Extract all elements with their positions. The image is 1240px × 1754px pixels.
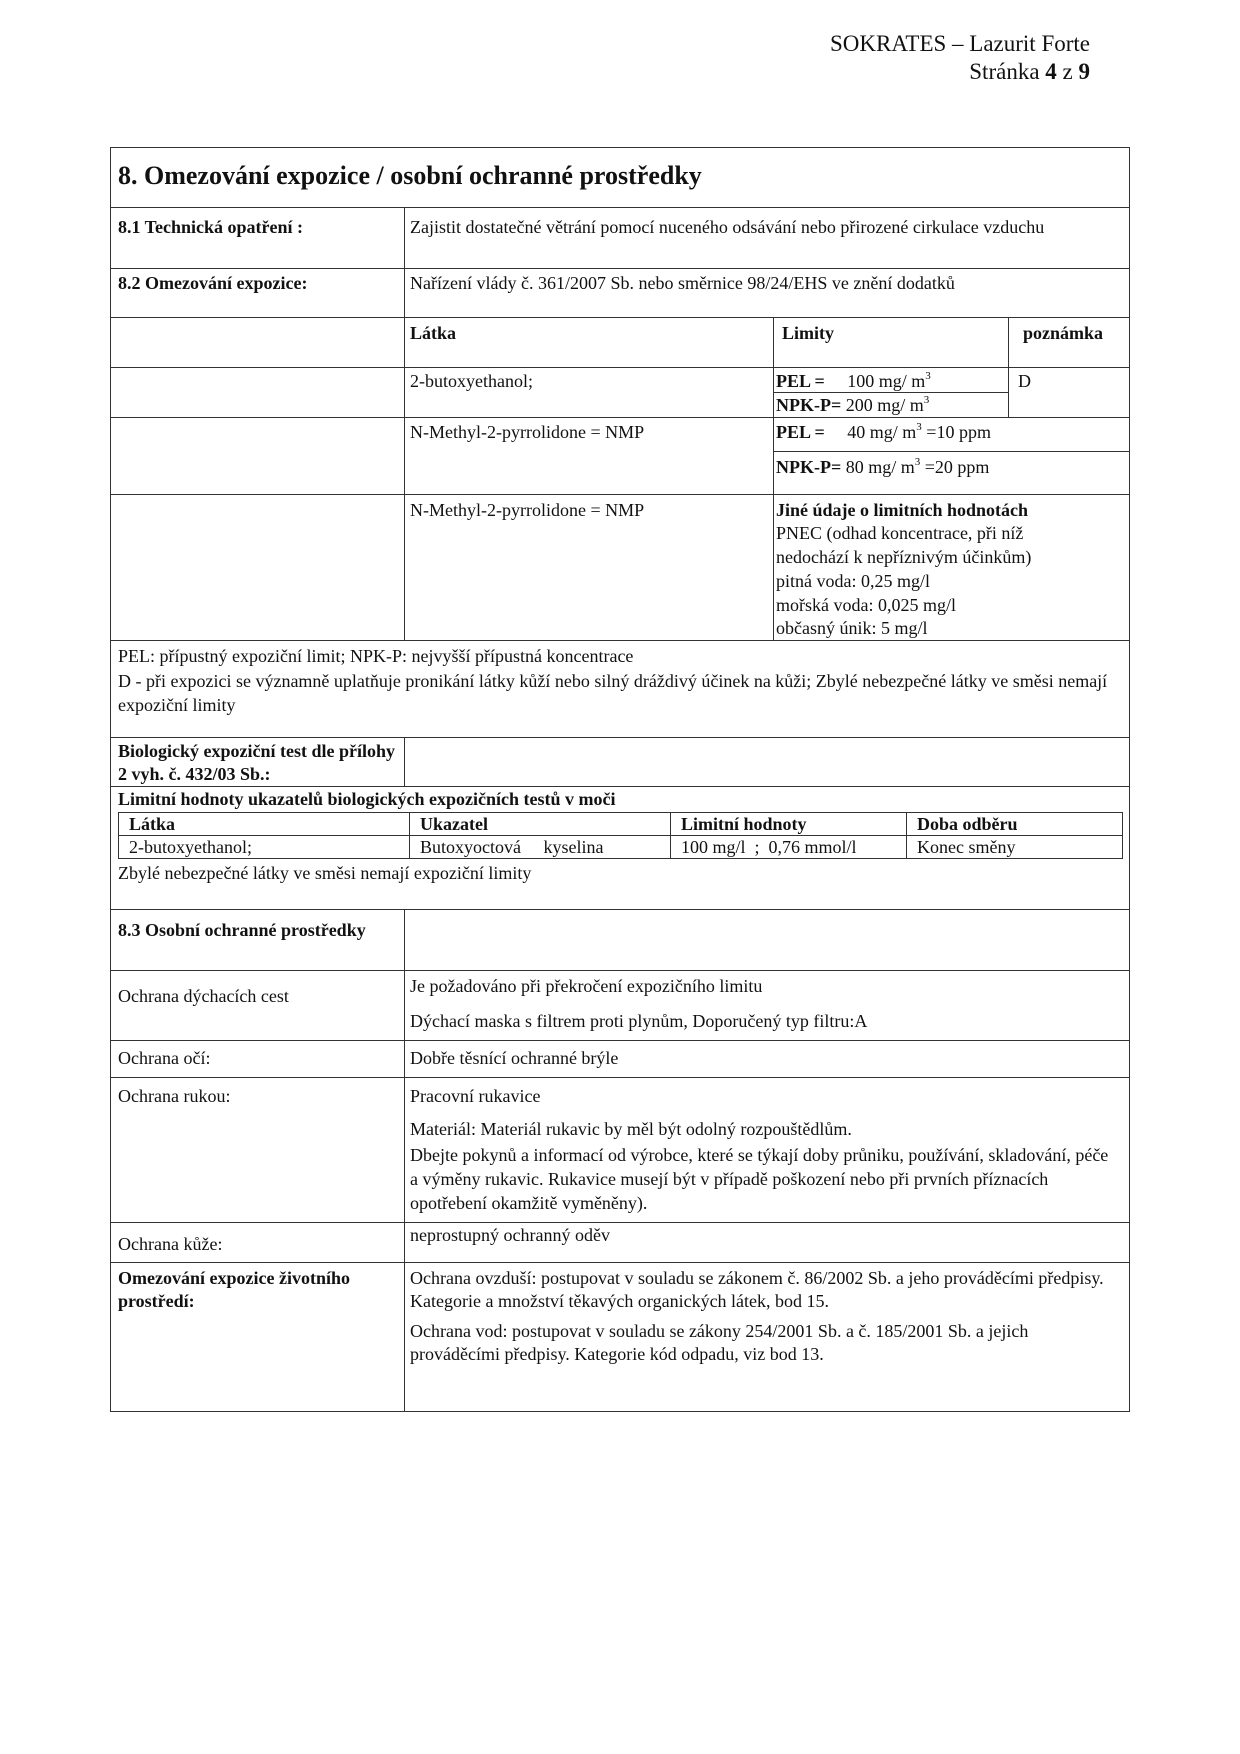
column-divider — [404, 909, 405, 1411]
product-name: SOKRATES – Lazurit Forte — [830, 30, 1090, 58]
row-divider — [110, 417, 1130, 418]
limit-row-3-line-5: občasný únik: 5 mg/l — [776, 617, 928, 640]
row-divider — [110, 786, 1130, 787]
bio-cell: 2-butoxyethanol; — [119, 836, 410, 859]
row-divider — [110, 737, 1130, 738]
document-header: SOKRATES – Lazurit Forte Stránka 4 z 9 — [830, 30, 1090, 86]
bio-header-cell: Limitní hodnoty — [671, 813, 907, 836]
row-divider — [110, 1262, 1130, 1263]
env-air-protection: Ochrana ovzduší: postupovat v souladu se… — [410, 1267, 1120, 1313]
ppe-respiratory-label: Ochrana dýchacích cest — [118, 985, 289, 1008]
s81-value: Zajistit dostatečné větrání pomocí nucen… — [410, 216, 1110, 239]
s82-label: 8.2 Omezování expozice: — [118, 272, 307, 295]
bio-table: Látka Ukazatel Limitní hodnoty Doba odbě… — [118, 812, 1123, 859]
bio-label: Biologický expoziční test dle přílohy 2 … — [118, 740, 398, 786]
limit-row-1-pel: PEL = 100 mg/ m3 — [776, 370, 931, 393]
limit-row-1-note: D — [1018, 370, 1031, 393]
limit-row-1-substance: 2-butoxyethanol; — [410, 370, 533, 393]
row-divider — [110, 640, 1130, 641]
env-water-protection: Ochrana vod: postupovat v souladu se zák… — [410, 1320, 1120, 1366]
limits-header-limits: Limity — [782, 322, 834, 345]
row-divider — [110, 207, 1130, 208]
ppe-skin-label: Ochrana kůže: — [118, 1233, 222, 1256]
row-divider — [110, 1040, 1130, 1041]
column-divider — [1008, 317, 1009, 417]
bio-header-cell: Látka — [119, 813, 410, 836]
ppe-hands-line-2: Materiál: Materiál rukavic by měl být od… — [410, 1118, 852, 1141]
table-border-bottom — [110, 1411, 1130, 1412]
limits-header-note: poznámka — [1023, 322, 1103, 345]
ppe-hands-line-3: Dbejte pokynů a informací od výrobce, kt… — [410, 1143, 1110, 1215]
bio-header-cell: Doba odběru — [907, 813, 1123, 836]
bio-cell: Butoxyoctová kyselina — [410, 836, 671, 859]
column-divider — [404, 737, 405, 786]
table-row: 2-butoxyethanol; Butoxyoctová kyselina 1… — [119, 836, 1123, 859]
ppe-respiratory-line-1: Je požadováno při překročení expozičního… — [410, 975, 762, 998]
bio-table-title: Limitní hodnoty ukazatelů biologických e… — [118, 788, 616, 811]
row-divider — [110, 909, 1130, 910]
column-divider — [404, 207, 405, 640]
limit-row-2-npk: NPK-P= 80 mg/ m3 =20 ppm — [776, 456, 989, 479]
table-border-top — [110, 147, 1130, 148]
row-divider — [110, 317, 1130, 318]
ppe-hands-label: Ochrana rukou: — [118, 1085, 230, 1108]
s81-label: 8.1 Technická opatření : — [118, 216, 303, 239]
ppe-eyes-label: Ochrana očí: — [118, 1047, 210, 1070]
section-title: 8. Omezování expozice / osobní ochranné … — [118, 164, 702, 187]
limits-header-substance: Látka — [410, 322, 456, 345]
bio-header-cell: Ukazatel — [410, 813, 671, 836]
limit-row-1-npk: NPK-P= 200 mg/ m3 — [776, 394, 929, 417]
ppe-hands-line-1: Pracovní rukavice — [410, 1085, 540, 1108]
s83-label: 8.3 Osobní ochranné prostředky — [118, 918, 388, 943]
limit-row-3-line-2: nedochází k nepříznivým účinkům) — [776, 546, 1031, 569]
row-divider — [773, 451, 1130, 452]
bio-cell: Konec směny — [907, 836, 1123, 859]
bio-table-header: Látka Ukazatel Limitní hodnoty Doba odbě… — [119, 813, 1123, 836]
s82-value: Nařízení vlády č. 361/2007 Sb. nebo směr… — [410, 272, 955, 295]
limit-row-2-pel: PEL = 40 mg/ m3 =10 ppm — [776, 421, 991, 444]
row-divider — [110, 494, 1130, 495]
row-divider — [110, 1222, 1130, 1223]
note-d: D - při expozici se významně uplatňuje p… — [118, 669, 1118, 717]
column-divider — [773, 317, 774, 640]
limit-row-3-other-title: Jiné údaje o limitních hodnotách — [776, 499, 1028, 522]
limit-row-3-line-3: pitná voda: 0,25 mg/l — [776, 570, 930, 593]
ppe-respiratory-line-2: Dýchací maska s filtrem proti plynům, Do… — [410, 1010, 867, 1033]
limit-row-2-substance: N-Methyl-2-pyrrolidone = NMP — [410, 421, 644, 444]
note-pel-npk: PEL: přípustný expoziční limit; NPK-P: n… — [118, 645, 633, 668]
limit-row-3-line-4: mořská voda: 0,025 mg/l — [776, 594, 956, 617]
row-divider — [110, 268, 1130, 269]
limit-row-3-substance: N-Methyl-2-pyrrolidone = NMP — [410, 499, 644, 522]
limit-row-3-line-1: PNEC (odhad koncentrace, při níž — [776, 522, 1023, 545]
page-number: Stránka 4 z 9 — [830, 58, 1090, 86]
bio-cell: 100 mg/l ; 0,76 mmol/l — [671, 836, 907, 859]
ppe-eyes-value: Dobře těsnící ochranné brýle — [410, 1047, 618, 1070]
row-divider — [110, 367, 1130, 368]
ppe-skin-value: neprostupný ochranný oděv — [410, 1224, 610, 1247]
env-exposure-label: Omezování expozice životního prostředí: — [118, 1267, 398, 1313]
row-divider — [110, 970, 1130, 971]
row-divider — [110, 1077, 1130, 1078]
bio-footer: Zbylé nebezpečné látky ve směsi nemají e… — [118, 862, 531, 885]
